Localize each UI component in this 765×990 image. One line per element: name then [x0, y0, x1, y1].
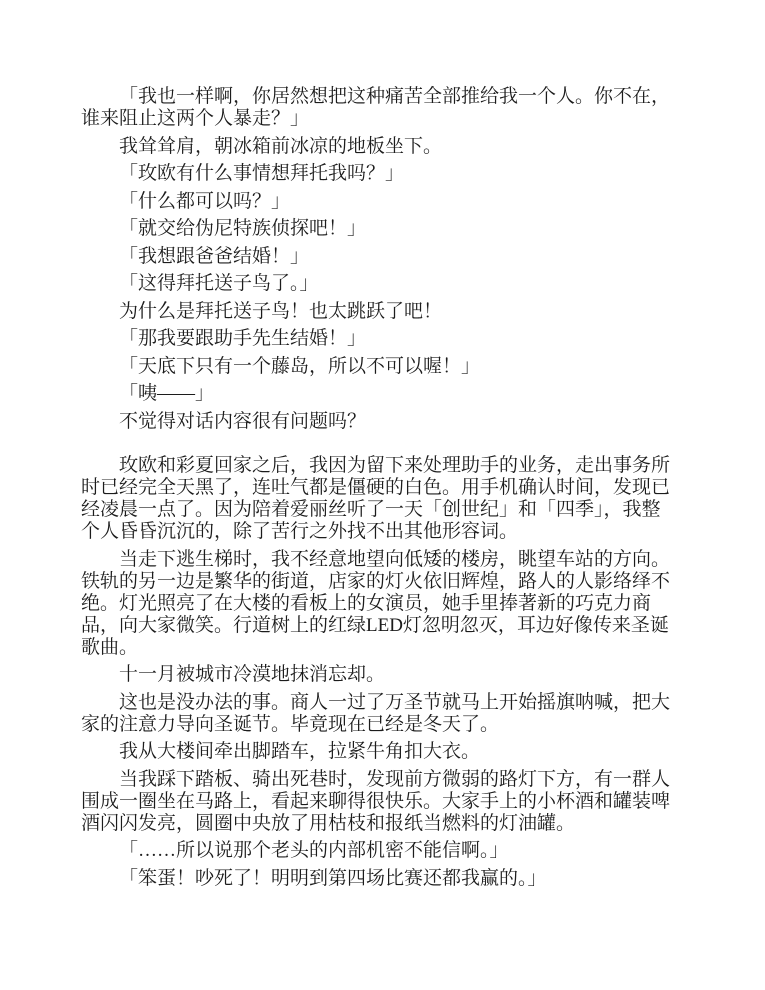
novel-text-block: 「我也一样啊，你居然想把这种痛苦全部推给我一个人。你不在，谁来阻止这两个人暴走？… [81, 86, 679, 890]
dialogue-paragraph: 「什么都可以吗？」 [81, 191, 679, 213]
narration-paragraph: 不觉得对话内容很有问题吗？ [81, 411, 679, 433]
dialogue-paragraph: 「咦——」 [81, 383, 679, 405]
dialogue-paragraph: 「天底下只有一个藤岛，所以不可以喔！」 [81, 356, 679, 378]
narration-paragraph: 当走下逃生梯时，我不经意地望向低矮的楼房，眺望车站的方向。铁轨的另一边是繁华的街… [81, 549, 679, 659]
narration-paragraph: 十一月被城市冷漠地抹消忘却。 [81, 664, 679, 686]
dialogue-paragraph: 「……所以说那个老头的内部机密不能信啊。」 [81, 840, 679, 862]
narration-paragraph: 当我踩下踏板、骑出死巷时，发现前方微弱的路灯下方，有一群人围成一圈坐在马路上，看… [81, 769, 679, 835]
dialogue-paragraph: 「玫欧有什么事情想拜托我吗？」 [81, 163, 679, 185]
dialogue-paragraph: 「笨蛋！吵死了！明明到第四场比赛还都我赢的。」 [81, 868, 679, 890]
dialogue-paragraph: 「我想跟爸爸结婚！」 [81, 246, 679, 268]
dialogue-paragraph: 「这得拜托送子鸟了。」 [81, 273, 679, 295]
narration-paragraph: 我耸耸肩，朝冰箱前冰凉的地板坐下。 [81, 136, 679, 158]
narration-paragraph: 这也是没办法的事。商人一过了万圣节就马上开始摇旗呐喊，把大家的注意力导向圣诞节。… [81, 692, 679, 736]
novel-page: 「我也一样啊，你居然想把这种痛苦全部推给我一个人。你不在，谁来阻止这两个人暴走？… [0, 0, 765, 990]
narration-paragraph: 玫欧和彩夏回家之后，我因为留下来处理助手的业务，走出事务所时已经完全天黑了，连吐… [81, 455, 679, 543]
narration-paragraph: 我从大楼间牵出脚踏车，拉紧牛角扣大衣。 [81, 741, 679, 763]
dialogue-paragraph: 「就交给伪尼特族侦探吧！」 [81, 218, 679, 240]
scene-break [81, 438, 679, 455]
narration-paragraph: 为什么是拜托送子鸟！也太跳跃了吧！ [81, 301, 679, 323]
dialogue-paragraph: 「我也一样啊，你居然想把这种痛苦全部推给我一个人。你不在，谁来阻止这两个人暴走？… [81, 86, 679, 130]
dialogue-paragraph: 「那我要跟助手先生结婚！」 [81, 328, 679, 350]
